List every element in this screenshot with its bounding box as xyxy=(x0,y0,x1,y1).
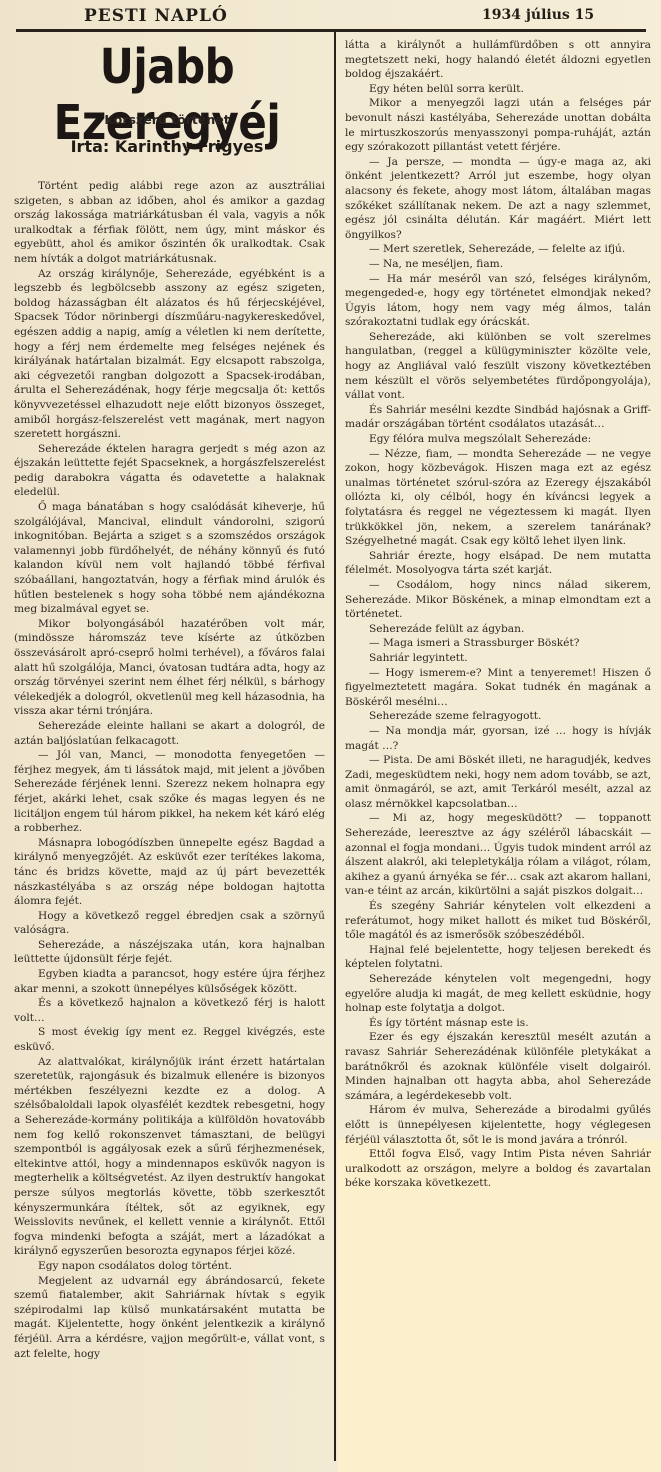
article-paragraph: Seherezáde felült az ágyban. xyxy=(345,622,651,637)
article-paragraph: Mikor bolyongásából hazatérőben volt már… xyxy=(14,617,325,719)
article-paragraph: Megjelent az udvarnál egy ábrándosarcú, … xyxy=(14,1274,325,1362)
article-paragraph: Mikor a menyegzői lagzi után a felséges … xyxy=(345,96,651,154)
masthead-rule xyxy=(16,29,646,32)
masthead: PESTI NAPLÓ 1934 július 15 xyxy=(0,0,661,32)
article-paragraph: — Mi az, hogy megesküdött? — toppanott S… xyxy=(345,811,651,899)
article-paragraph: — Ja persze, — mondta — úgy-e maga az, a… xyxy=(345,155,651,243)
article-paragraph: És Sahriár mesélni kezdte Sindbád hajósn… xyxy=(345,403,651,432)
newspaper-name: PESTI NAPLÓ xyxy=(84,6,228,26)
article-paragraph: Az alattvalókat, királynőjük iránt érzet… xyxy=(14,1055,325,1259)
article-paragraph: Három év mulva, Seherezáde a birodalmi g… xyxy=(345,1103,651,1147)
newspaper-page: PESTI NAPLÓ 1934 július 15 Ujabb Ezeregy… xyxy=(0,0,661,1472)
article-paragraph: És a következő hajnalon a következő férj… xyxy=(14,996,325,1025)
article-paragraph: — Nézze, fiam, — mondta Seherezáde — ne … xyxy=(345,447,651,549)
article-paragraph: Ezer és egy éjszakán keresztül mesélt az… xyxy=(345,1030,651,1103)
issue-date: 1934 július 15 xyxy=(482,7,594,23)
article-byline: Irta: Karinthy Frigyes xyxy=(0,137,334,156)
article-paragraph: És így történt másnap este is. xyxy=(345,1016,651,1031)
article-subtitle: Korszerű történet xyxy=(0,112,334,127)
article-paragraph: Hogy a következő reggel ébredjen csak a … xyxy=(14,909,325,938)
article-paragraph: Másnapra lobogódíszben ünnepelte egész B… xyxy=(14,836,325,909)
article-paragraph: — Na mondja már, gyorsan, izé … hogy is … xyxy=(345,724,651,753)
right-column: látta a királynőt a hullámfürdőben s ott… xyxy=(345,38,651,1191)
article-paragraph: Seherezáde eleinte hallani se akart a do… xyxy=(14,719,325,748)
article-headline: Ujabb Ezeregyéj xyxy=(0,38,334,151)
left-column: Történt pedig alábbi rege azon az ausztr… xyxy=(14,179,325,1361)
article-paragraph: Seherezáde szeme felragyogott. xyxy=(345,709,651,724)
article-paragraph: Egy félóra mulva megszólalt Seherezáde: xyxy=(345,432,651,447)
article-paragraph: — Mert szeretlek, Seherezáde, — felelte … xyxy=(345,242,651,257)
article-paragraph: Sahriár érezte, hogy elsápad. De nem mut… xyxy=(345,549,651,578)
article-paragraph: látta a királynőt a hullámfürdőben s ott… xyxy=(345,38,651,82)
article-paragraph: — Ha már meséről van szó, felséges királ… xyxy=(345,272,651,330)
article-paragraph: — Pista. De ami Böskét illeti, ne haragu… xyxy=(345,753,651,811)
article-paragraph: — Csodálom, hogy nincs nálad sikerem, Se… xyxy=(345,578,651,622)
article-paragraph: Egy héten belül sorra került. xyxy=(345,82,651,97)
column-divider xyxy=(334,29,336,1461)
article-paragraph: — Jól van, Manci, — monodotta fenyegetőe… xyxy=(14,748,325,836)
article-paragraph: S most évekig így ment ez. Reggel kivégz… xyxy=(14,1025,325,1054)
article-paragraph: Történt pedig alábbi rege azon az ausztr… xyxy=(14,179,325,267)
article-paragraph: Ettől fogva Első, vagy Intim Pista néven… xyxy=(345,1147,651,1191)
article-paragraph: Az ország királynője, Seherezáde, egyébk… xyxy=(14,267,325,442)
article-paragraph: Seherezáde kénytelen volt megengedni, ho… xyxy=(345,972,651,1016)
article-paragraph: Egyben kiadta a parancsot, hogy estére ú… xyxy=(14,967,325,996)
article-paragraph: Seherezáde éktelen haragra gerjedt s még… xyxy=(14,442,325,500)
article-paragraph: Hajnal felé bejelentette, hogy teljesen … xyxy=(345,943,651,972)
article-paragraph: És szegény Sahriár kénytelen volt elkezd… xyxy=(345,899,651,943)
article-paragraph: — Maga ismeri a Strassburger Böskét? xyxy=(345,636,651,651)
article-paragraph: Ő maga bánatában s hogy csalódását kihev… xyxy=(14,500,325,617)
article-paragraph: — Hogy ismerem-e? Mint a tenyeremet! His… xyxy=(345,666,651,710)
article-paragraph: Sahriár legyintett. xyxy=(345,651,651,666)
article-paragraph: Seherezáde, a nászéjszaka után, kora haj… xyxy=(14,938,325,967)
article-paragraph: Egy napon csodálatos dolog történt. xyxy=(14,1259,325,1274)
article-paragraph: Seherezáde, aki különben se volt szerelm… xyxy=(345,330,651,403)
article-paragraph: — Na, ne meséljen, fiam. xyxy=(345,257,651,272)
